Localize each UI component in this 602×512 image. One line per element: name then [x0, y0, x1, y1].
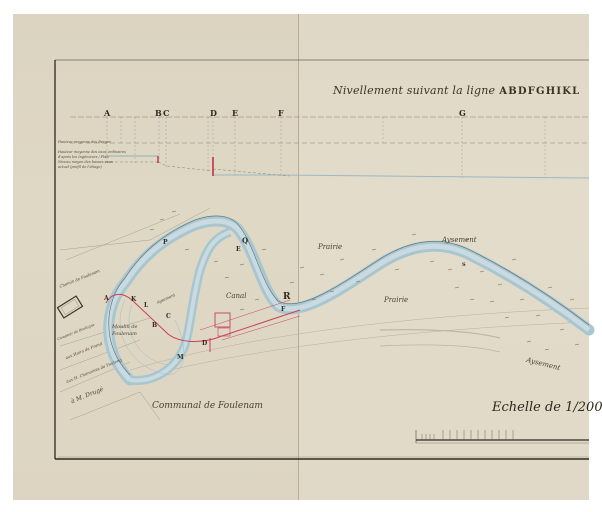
road-lines [60, 208, 589, 420]
map-drawing [0, 0, 602, 512]
scale-bar [416, 430, 589, 443]
profile-point-a: A [104, 108, 110, 118]
profile-point-g: G [459, 108, 466, 118]
label-commune: Communal de Foulenam [152, 401, 263, 411]
label-canal: Canal [226, 292, 246, 300]
profile-section [70, 117, 589, 178]
label-prairie-north: Prairie [318, 243, 342, 251]
map-point-e: E [236, 246, 241, 253]
label-prairie-south: Prairie [384, 296, 408, 304]
map-point-d: D [202, 340, 207, 347]
map-point-f: F [281, 306, 285, 313]
map-point-c: C [166, 313, 171, 320]
profile-note-berges: Hauteur moyenne des Berges [58, 140, 111, 145]
profile-point-f: F [278, 108, 284, 118]
map-point-p: P [163, 239, 168, 246]
map-point-a: A [104, 295, 109, 302]
map-point-s: S [462, 262, 466, 268]
map-point-q: Q [242, 236, 248, 245]
title-letters: ABDFGHIKL [499, 86, 580, 97]
profile-point-c: C [163, 108, 169, 118]
profile-point-b: B [155, 108, 162, 118]
map-point-m: M [177, 354, 184, 361]
map-point-b: B [152, 322, 157, 329]
title-script: Nivellement suivant la ligne [333, 84, 495, 97]
map-point-k: K [131, 296, 136, 303]
profile-point-e: E [232, 108, 238, 118]
map-point-r: R [283, 292, 290, 302]
label-moulin: Moulin de Foulenam [112, 324, 146, 338]
map-point-l: L [144, 302, 148, 309]
profile-note-etiage: actuel (profil de l'étiage) [58, 165, 102, 170]
profile-title: Nivellement suivant la ligneABDFGHIKL [333, 84, 580, 97]
label-aysement-north: Aysement [442, 236, 477, 244]
profile-point-d: D [210, 108, 217, 118]
scale-title: Echelle de 1/2000 [492, 400, 602, 415]
outbuilding [57, 296, 82, 318]
